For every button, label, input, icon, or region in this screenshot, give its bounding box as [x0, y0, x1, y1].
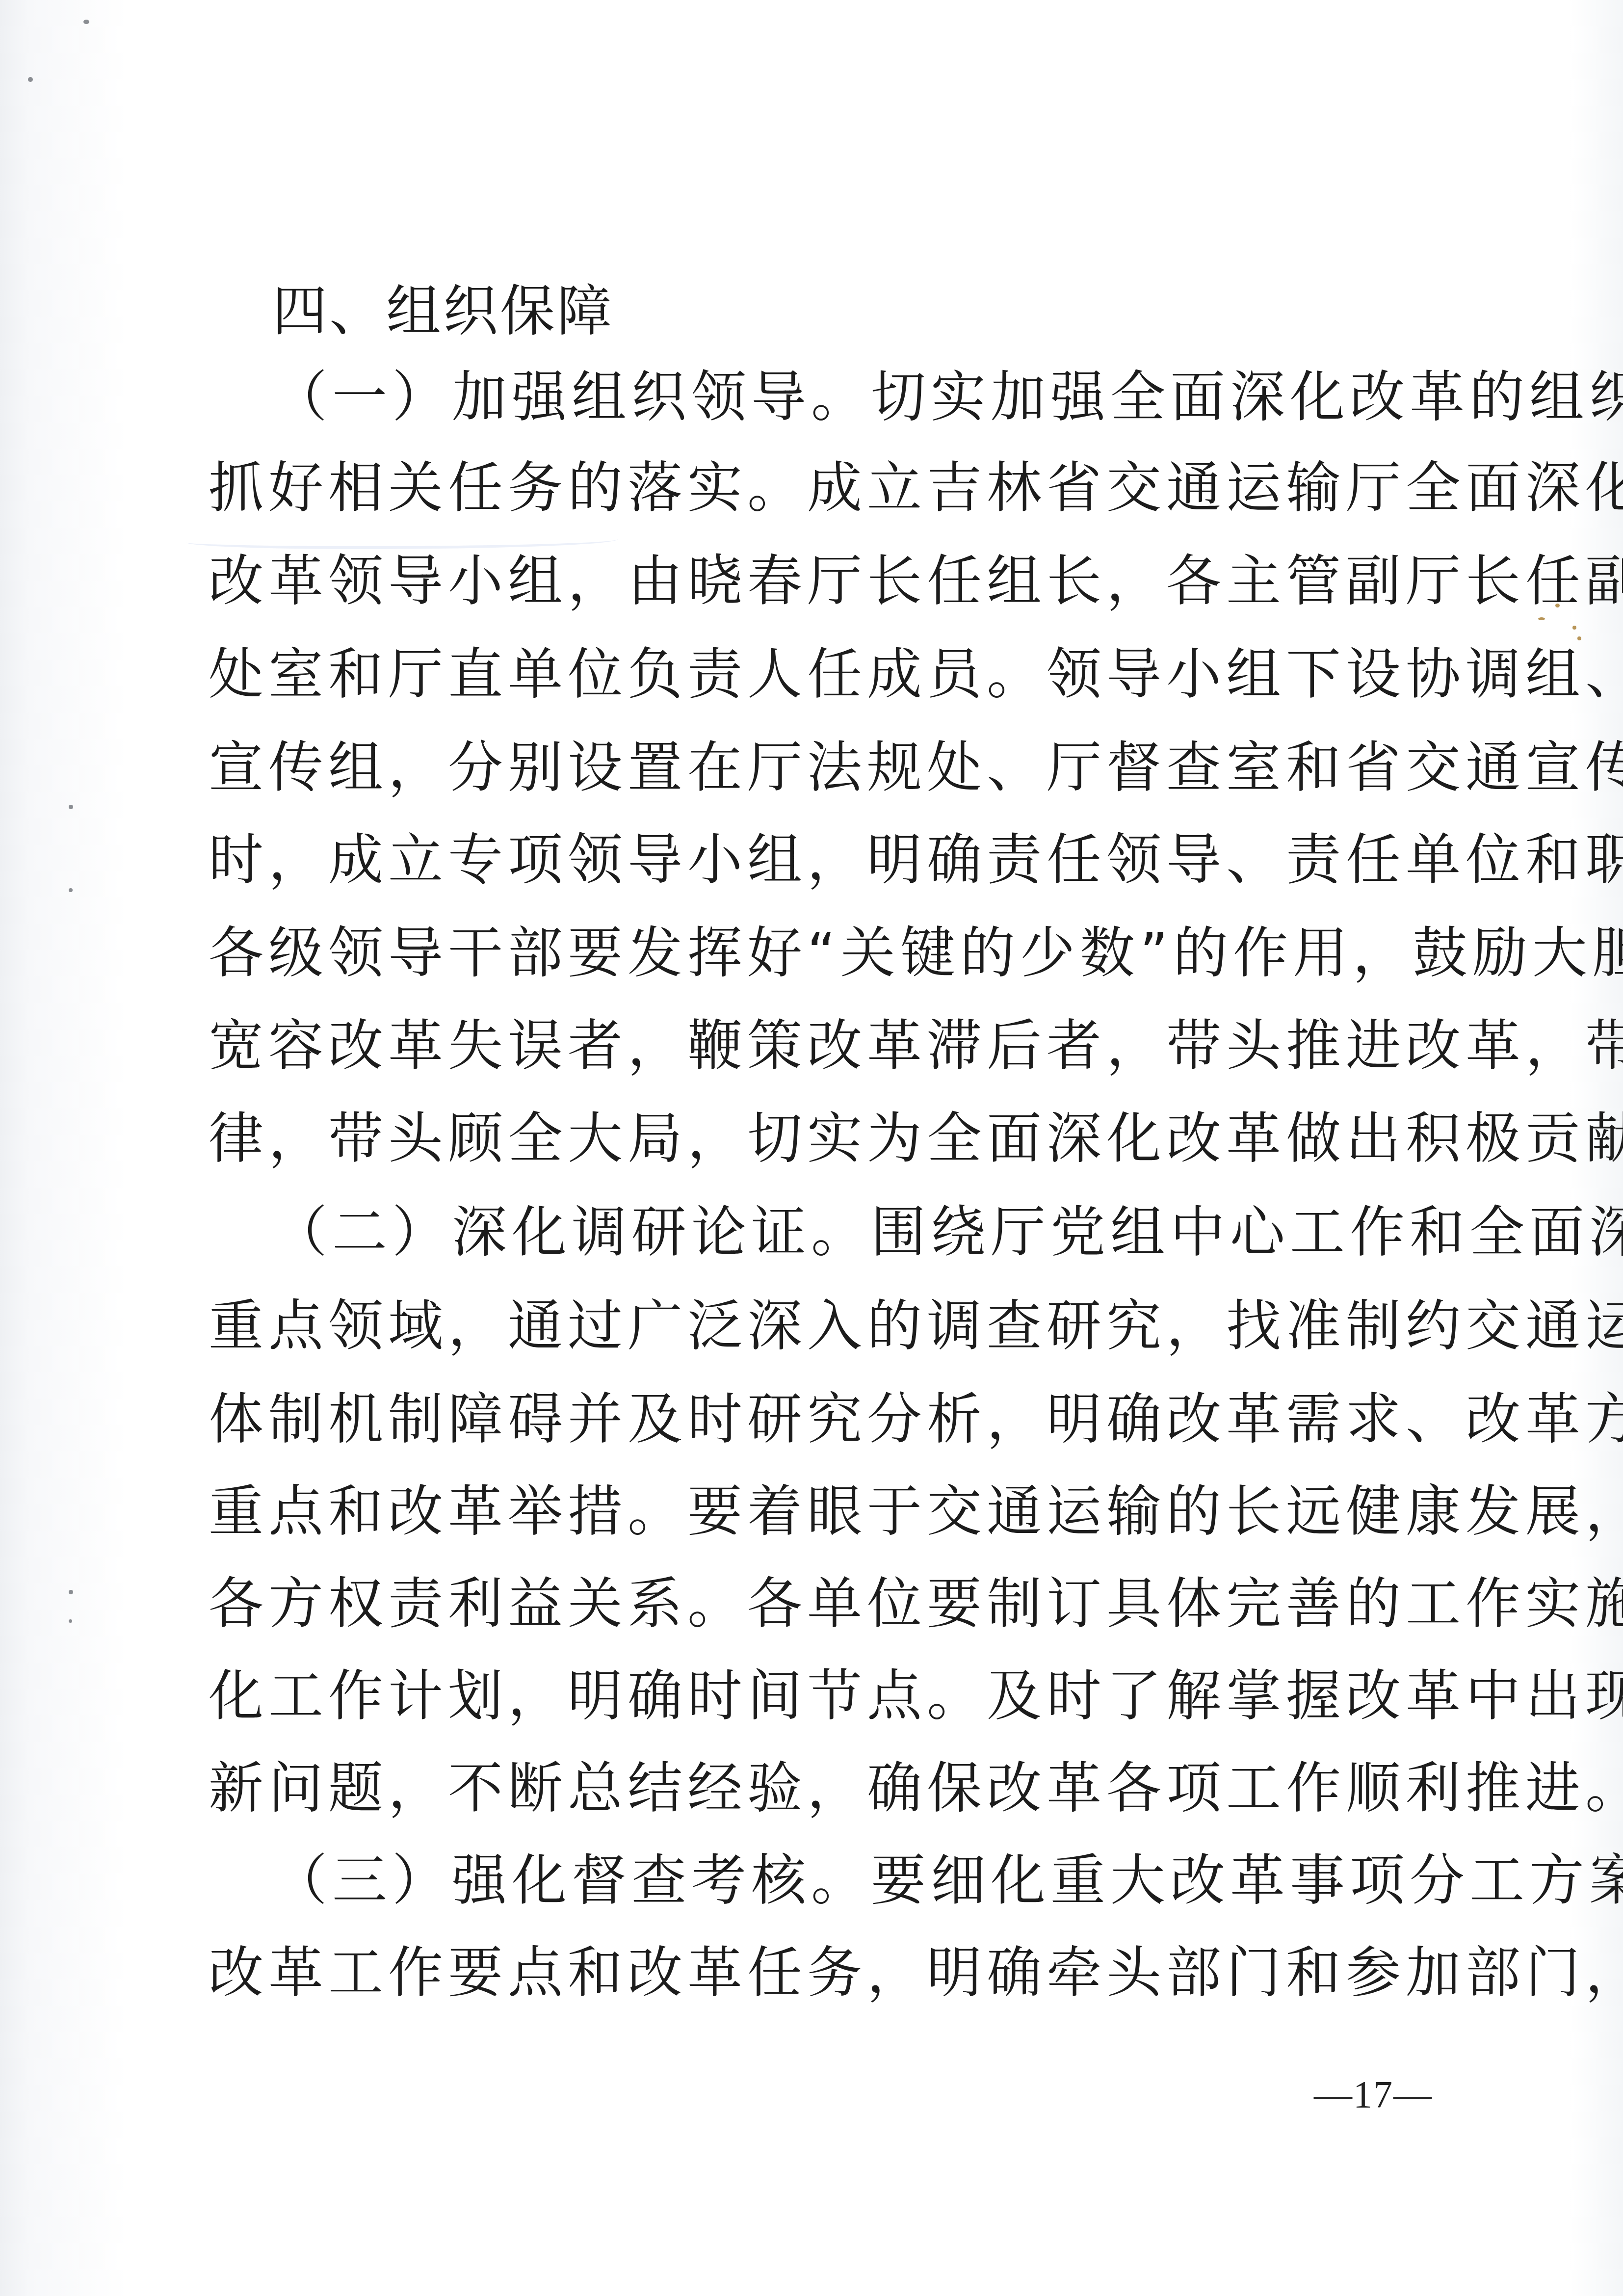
paragraph-2-line-2: 重点领域，通过广泛深入的调查研究，找准制约交通运输发展的 — [209, 1290, 1425, 1363]
paragraph-2-line-5: 各方权责利益关系。各单位要制订具体完善的工作实施方案，细 — [209, 1567, 1425, 1641]
paragraph-1-line-3: 改革领导小组，由晓春厅长任组长，各主管副厅长任副组长，各 — [209, 545, 1425, 618]
scan-speck — [1538, 617, 1545, 620]
paragraph-1-line-2: 抓好相关任务的落实。成立吉林省交通运输厅全面深化交通运输 — [209, 451, 1425, 525]
paragraph-1-line-1: （一）加强组织领导。切实加强全面深化改革的组织领导， — [272, 361, 1425, 434]
scan-speck — [69, 1619, 72, 1623]
paragraph-1-line-6: 时，成立专项领导小组，明确责任领导、责任单位和职责任务。 — [209, 823, 1425, 897]
paragraph-2-line-4: 重点和改革举措。要着眼于交通运输的长远健康发展，全面考虑 — [209, 1475, 1425, 1549]
scan-speck — [28, 77, 33, 82]
paragraph-1-line-4: 处室和厅直单位负责人任成员。领导小组下设协调组、推进组和 — [209, 638, 1425, 712]
scan-speck — [1572, 626, 1576, 630]
paragraph-1-line-7: 各级领导干部要发挥好“关键的少数”的作用，鼓励大胆探索者， — [209, 917, 1425, 990]
paragraph-2-line-1: （二）深化调研论证。围绕厅党组中心工作和全面深化改革 — [272, 1196, 1425, 1269]
scanned-page: 四、组织保障 （一）加强组织领导。切实加强全面深化改革的组织领导， 抓好相关任务… — [0, 0, 1623, 2296]
paragraph-1-line-9: 律，带头顾全大局，切实为全面深化改革做出积极贡献。 — [209, 1102, 1425, 1176]
page-number: —17— — [1314, 2075, 1433, 2114]
section-heading: 四、组织保障 — [272, 275, 614, 348]
paragraph-3-line-2: 改革工作要点和改革任务，明确牵头部门和参加部门，实现改革 — [209, 1936, 1425, 2010]
paragraph-2-line-3: 体制机制障碍并及时研究分析，明确改革需求、改革方向、改革 — [209, 1383, 1425, 1456]
paragraph-1-line-5: 宣传组，分别设置在厅法规处、厅督查室和省交通宣传中心。同 — [209, 731, 1425, 805]
scan-speck — [83, 20, 89, 24]
paragraph-2-line-7: 新问题，不断总结经验，确保改革各项工作顺利推进。 — [209, 1752, 1425, 1825]
scan-speck — [1577, 636, 1581, 640]
paragraph-2-line-6: 化工作计划，明确时间节点。及时了解掌握改革中出现的新情况、 — [209, 1660, 1425, 1733]
scan-speck — [69, 1590, 73, 1594]
scan-speck — [69, 888, 73, 892]
scan-speck — [69, 805, 73, 809]
paragraph-3-line-1: （三）强化督查考核。要细化重大改革事项分工方案，分解 — [272, 1844, 1425, 1918]
paragraph-1-line-8: 宽容改革失误者，鞭策改革滞后者，带头推进改革，带头遵守纪 — [209, 1009, 1425, 1083]
